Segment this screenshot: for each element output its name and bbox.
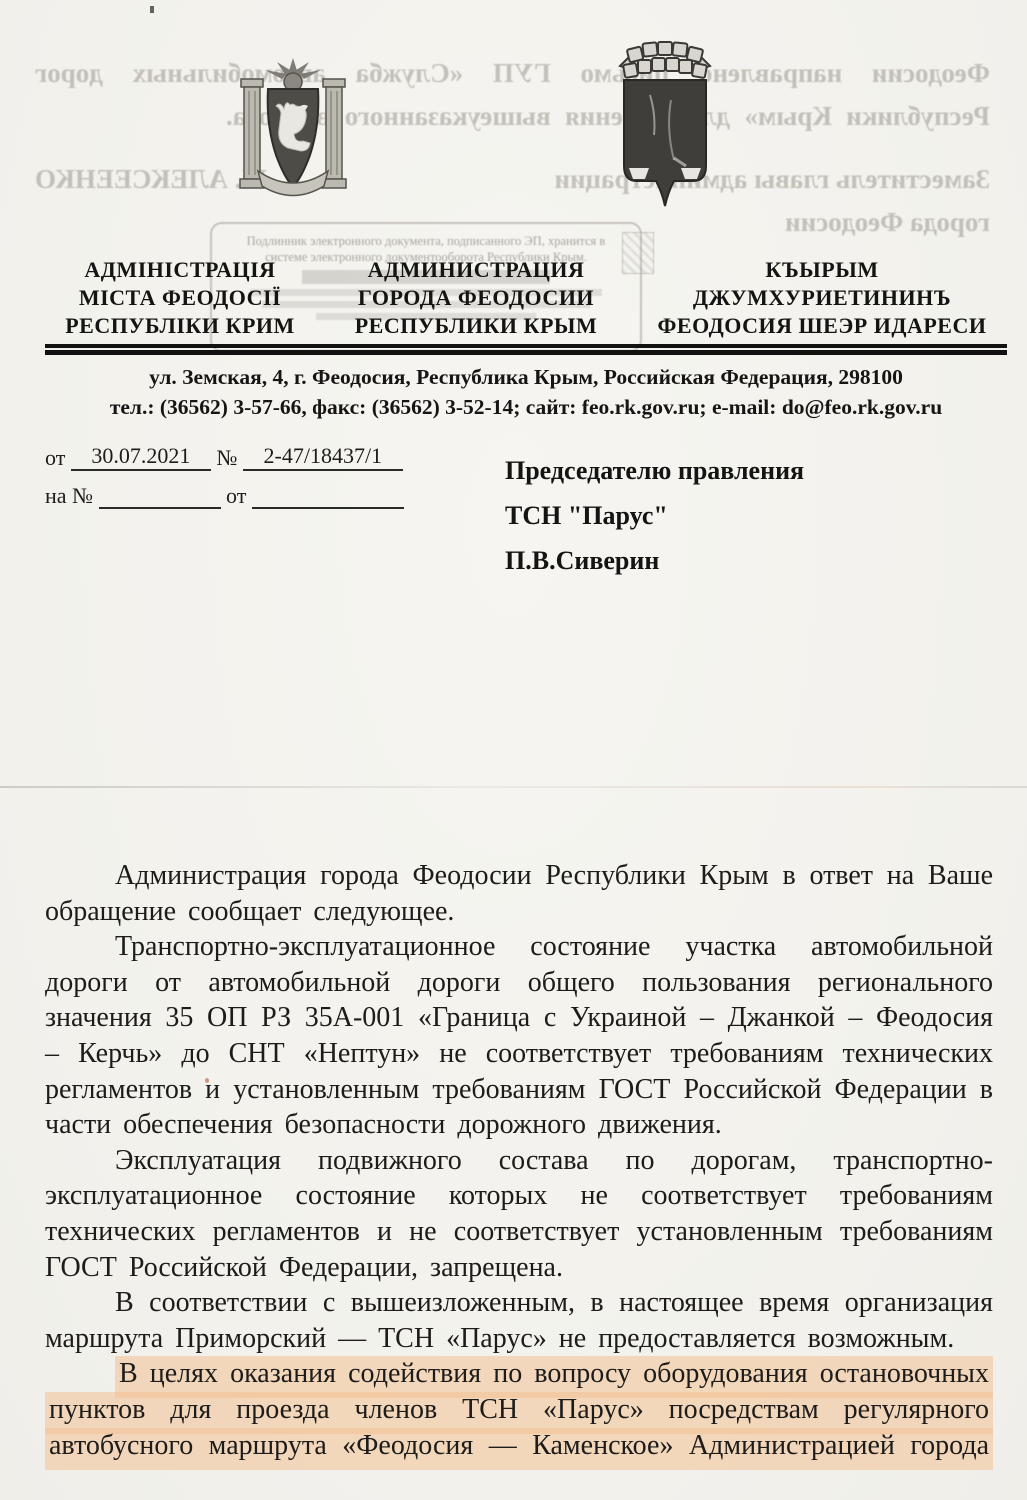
recipient-block: Председателю правления ТСН "Парус" П.В.С… bbox=[505, 448, 804, 583]
reference-block: от 30.07.2021 № 2-47/18437/1 на № от bbox=[45, 443, 404, 519]
ref-number-label: № bbox=[216, 445, 237, 470]
letterhead-divider-rule bbox=[45, 344, 1007, 355]
bleedthrough-signature-title2: города Феодосии bbox=[35, 201, 990, 244]
letterhead-line: АДМИНИСТРАЦИЯ bbox=[331, 256, 621, 284]
highlighted-text: В целях оказания содействия по вопросу о… bbox=[45, 1356, 993, 1469]
ref-reply-to-label: на № bbox=[45, 483, 93, 508]
letterhead-line: КЪЫРЫМ bbox=[637, 256, 1007, 284]
bleedthrough-signature-name: М. АЛЕКСЕЕНКО bbox=[35, 158, 267, 201]
letterhead-line: АДМІНІСТРАЦІЯ bbox=[45, 256, 315, 284]
letterhead: АДМІНІСТРАЦІЯ МІСТА ФЕОДОСІЇ РЕСПУБЛІКИ … bbox=[45, 256, 1007, 340]
letterhead-column-ukrainian: АДМІНІСТРАЦІЯ МІСТА ФЕОДОСІЇ РЕСПУБЛІКИ … bbox=[45, 256, 315, 340]
fold-line bbox=[0, 786, 1027, 788]
letterhead-line: РЕСПУБЛІКИ КРИМ bbox=[45, 312, 315, 340]
letterhead-line: МІСТА ФЕОДОСІЇ bbox=[45, 284, 315, 312]
bleedthrough-text: Феодосии направлено письмо ГУП «Служба а… bbox=[35, 52, 990, 244]
letterhead-address: ул. Земская, 4, г. Феодосия, Республика … bbox=[45, 362, 1007, 422]
body-paragraph: В соответствии с вышеизложенным, в насто… bbox=[45, 1285, 993, 1356]
scanned-letter-page: Феодосии направлено письмо ГУП «Служба а… bbox=[0, 0, 1027, 1500]
address-line: ул. Земская, 4, г. Феодосия, Республика … bbox=[45, 362, 1007, 392]
reference-row-date: от 30.07.2021 № 2-47/18437/1 bbox=[45, 443, 404, 471]
body-paragraph: В целях оказания содействия по вопросу о… bbox=[45, 1356, 993, 1463]
ref-number-value: 2-47/18437/1 bbox=[243, 443, 403, 471]
letterhead-column-russian: АДМИНИСТРАЦИЯ ГОРОДА ФЕОДОСИИ РЕСПУБЛИКИ… bbox=[331, 256, 621, 340]
letterhead-line: ГОРОДА ФЕОДОСИИ bbox=[331, 284, 621, 312]
reference-row-reply: на № от bbox=[45, 481, 404, 509]
body-paragraph: Администрация города Феодосии Республики… bbox=[45, 858, 993, 929]
body: Администрация города Феодосии Республики… bbox=[45, 858, 993, 1463]
scan-speck bbox=[205, 1078, 209, 1083]
ref-from-label: от bbox=[45, 445, 65, 470]
body-paragraph: Транспортно-эксплуатационное состояние у… bbox=[45, 929, 993, 1143]
recipient-line: П.В.Сиверин bbox=[505, 538, 804, 583]
recipient-line: ТСН "Парус" bbox=[505, 493, 804, 538]
address-line: тел.: (36562) 3-57-66, факс: (36562) 3-5… bbox=[45, 392, 1007, 422]
crimea-coat-of-arms-icon bbox=[238, 55, 348, 210]
scan-speck bbox=[150, 6, 154, 13]
letterhead-line: РЕСПУБЛИКИ КРЫМ bbox=[331, 312, 621, 340]
bleedthrough-signature-row: Заместитель главы администрации М. АЛЕКС… bbox=[35, 158, 990, 201]
ref-reply-date-blank bbox=[252, 481, 404, 509]
recipient-line: Председателю правления bbox=[505, 448, 804, 493]
body-paragraph: Эксплуатация подвижного состава по дорог… bbox=[45, 1143, 993, 1285]
ref-reply-number-blank bbox=[99, 481, 221, 509]
letterhead-line: ФЕОДОСИЯ ШЕЭР ИДАРЕСИ bbox=[637, 312, 1007, 340]
bleedthrough-line: Феодосии направлено письмо ГУП «Служба а… bbox=[35, 52, 990, 95]
ref-date-value: 30.07.2021 bbox=[71, 443, 211, 471]
letterhead-line: ДЖУМХУРИЕТИНИНЪ bbox=[637, 284, 1007, 312]
letterhead-column-crimean-tatar: КЪЫРЫМ ДЖУМХУРИЕТИНИНЪ ФЕОДОСИЯ ШЕЭР ИДА… bbox=[637, 256, 1007, 340]
ref-reply-from-label: от bbox=[226, 483, 246, 508]
feodosia-coat-of-arms-icon bbox=[616, 40, 714, 217]
